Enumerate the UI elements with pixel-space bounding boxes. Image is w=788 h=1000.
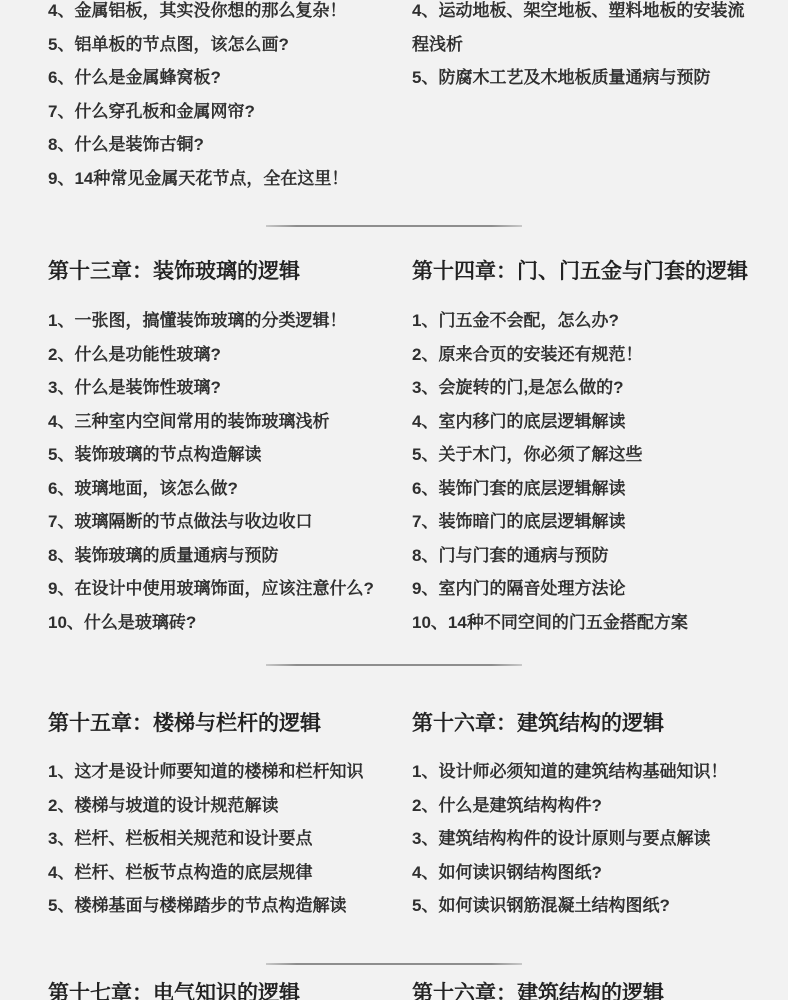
toc-item: 3、什么是装饰性玻璃? [48,371,390,405]
chapter-item-list: 1、一张图，搞懂装饰玻璃的分类逻辑！ 2、什么是功能性玻璃? 3、什么是装饰性玻… [48,304,390,639]
chapter-title: 第十七章：电气知识的逻辑 [48,980,300,1000]
toc-item: 2、原来合页的安装还有规范！ [412,338,756,372]
section-divider [266,664,522,666]
chapter-item-list: 1、设计师必须知道的建筑结构基础知识！ 2、什么是建筑结构构件? 3、建筑结构构… [412,755,756,923]
toc-item: 2、什么是建筑结构构件? [412,789,756,823]
toc-item: 9、在设计中使用玻璃饰面，应该注意什么? [48,572,390,606]
section-0-right-column: 4、运动地板、架空地板、塑料地板的安装流程浅析 5、防腐木工艺及木地板质量通病与… [412,0,756,95]
toc-item: 9、14种常见金属天花节点，全在这里！ [48,162,390,196]
section-0-left-column: 4、金属铝板，其实没你想的那么复杂！ 5、铝单板的节点图，该怎么画? 6、什么是… [48,0,390,195]
toc-item: 8、门与门套的通病与预防 [412,539,756,573]
chapter-title: 第十四章：门、门五金与门套的逻辑 [412,258,748,286]
toc-item: 1、这才是设计师要知道的楼梯和栏杆知识 [48,755,390,789]
chapter-title: 第十三章：装饰玻璃的逻辑 [48,258,300,286]
toc-item: 3、会旋转的门,是怎么做的? [412,371,756,405]
toc-item: 4、金属铝板，其实没你想的那么复杂！ [48,0,390,28]
chapter-title: 第十六章：建筑结构的逻辑 [412,980,664,1000]
toc-item: 4、室内移门的底层逻辑解读 [412,405,756,439]
toc-item: 8、装饰玻璃的质量通病与预防 [48,539,390,573]
toc-item: 5、楼梯基面与楼梯踏步的节点构造解读 [48,889,390,923]
toc-item: 2、楼梯与坡道的设计规范解读 [48,789,390,823]
toc-item: 3、建筑结构构件的设计原则与要点解读 [412,822,756,856]
toc-item: 1、一张图，搞懂装饰玻璃的分类逻辑！ [48,304,390,338]
toc-item: 1、门五金不会配，怎么办? [412,304,756,338]
toc-item: 5、关于木门，你必须了解这些 [412,438,756,472]
toc-item: 4、栏杆、栏板节点构造的底层规律 [48,856,390,890]
toc-item: 6、装饰门套的底层逻辑解读 [412,472,756,506]
section-divider [266,225,522,227]
toc-item: 9、室内门的隔音处理方法论 [412,572,756,606]
toc-item: 10、什么是玻璃砖? [48,606,390,640]
chapter-title: 第十六章：建筑结构的逻辑 [412,710,664,738]
toc-item: 4、如何读识钢结构图纸? [412,856,756,890]
toc-item: 4、三种室内空间常用的装饰玻璃浅析 [48,405,390,439]
toc-item: 5、装饰玻璃的节点构造解读 [48,438,390,472]
chapter-title: 第十五章：楼梯与栏杆的逻辑 [48,710,321,738]
toc-item: 3、栏杆、栏板相关规范和设计要点 [48,822,390,856]
toc-page: 4、金属铝板，其实没你想的那么复杂！ 5、铝单板的节点图，该怎么画? 6、什么是… [0,0,788,1000]
toc-item: 1、设计师必须知道的建筑结构基础知识！ [412,755,756,789]
toc-item: 5、铝单板的节点图，该怎么画? [48,28,390,62]
chapter-item-list: 1、这才是设计师要知道的楼梯和栏杆知识 2、楼梯与坡道的设计规范解读 3、栏杆、… [48,755,390,923]
toc-item: 7、玻璃隔断的节点做法与收边收口 [48,505,390,539]
toc-item: 4、运动地板、架空地板、塑料地板的安装流程浅析 [412,0,756,61]
toc-item: 8、什么是装饰古铜? [48,128,390,162]
toc-item: 7、装饰暗门的底层逻辑解读 [412,505,756,539]
toc-item: 2、什么是功能性玻璃? [48,338,390,372]
toc-item: 7、什么穿孔板和金属网帘? [48,95,390,129]
toc-item: 5、防腐木工艺及木地板质量通病与预防 [412,61,756,95]
toc-item: 5、如何读识钢筋混凝土结构图纸? [412,889,756,923]
toc-item: 6、玻璃地面，该怎么做? [48,472,390,506]
toc-item: 10、14种不同空间的门五金搭配方案 [412,606,756,640]
chapter-item-list: 1、门五金不会配，怎么办? 2、原来合页的安装还有规范！ 3、会旋转的门,是怎么… [412,304,756,639]
section-divider [266,963,522,965]
toc-item: 6、什么是金属蜂窝板? [48,61,390,95]
